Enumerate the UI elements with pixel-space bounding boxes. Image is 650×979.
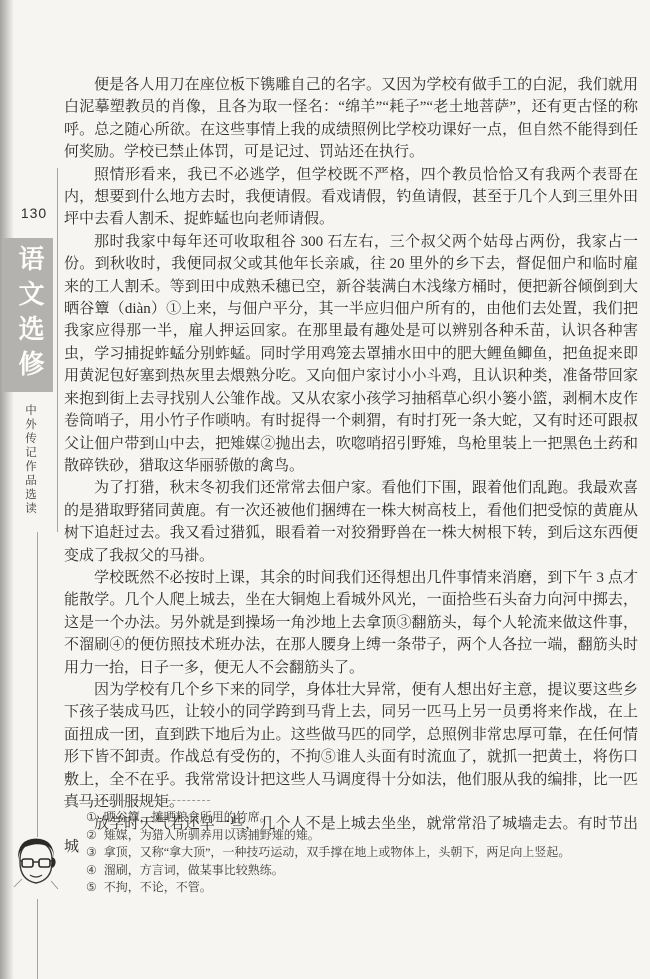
footnote-marker: ⑤ — [86, 880, 97, 896]
footnote-marker: ① — [86, 810, 97, 826]
series-tab-label: 语文选修 — [16, 245, 42, 385]
footnotes-section: ① 晒谷簟，摊晒粮食所用的竹席。 ② 雉媒，为猎人所驯养用以诱捕野雉的雉。 ③ … — [64, 800, 630, 898]
footnote-item: ⑤ 不拘，不论，不管。 — [64, 880, 630, 896]
book-title-vertical: 中外传记作品选读 — [22, 404, 38, 524]
sidebar-rule — [57, 168, 58, 532]
body-paragraph: 那时我家中每年还可收取租谷 300 石左右，三个叔父两个姑母占两份，我家占一份。… — [64, 231, 638, 477]
margin-rule-lower — [37, 899, 38, 979]
footnote-item: ① 晒谷簟，摊晒粮食所用的竹席。 — [64, 810, 630, 826]
footnote-item: ③ 拿顶，又称“拿大顶”，一种技巧运动，双手撑在地上或物体上，头朝下，两足向上竖… — [64, 845, 630, 861]
footnote-marker: ② — [86, 828, 97, 844]
body-paragraph: 因为学校有几个乡下来的同学，身体壮大异常，便有人想出好主意，提议要这些乡下孩子装… — [64, 679, 638, 813]
footnote-text: 不拘，不论，不管。 — [104, 880, 630, 896]
margin-rule-upper — [37, 532, 38, 837]
body-paragraph: 便是各人用刀在座位板下镌雕自己的名字。又因为学校有做手工的白泥，我们就用白泥摹塑… — [64, 74, 638, 164]
footnote-text: 雉媒，为猎人所驯养用以诱捕野雉的雉。 — [104, 828, 630, 844]
body-paragraph: 学校既然不必按时上课，其余的时间我们还得想出几件事情来消磨，到下午 3 点才能散… — [64, 567, 638, 679]
body-text: 便是各人用刀在座位板下镌雕自己的名字。又因为学校有做手工的白泥，我们就用白泥摹塑… — [64, 74, 638, 858]
page-number: 130 — [15, 205, 53, 221]
footnote-text: 溜刷，方言词，做某事比较熟练。 — [104, 863, 630, 879]
sidebar-series-tab: 语文选修 — [3, 238, 53, 392]
footnote-item: ② 雉媒，为猎人所驯养用以诱捕野雉的雉。 — [64, 828, 630, 844]
author-portrait-sketch-icon — [8, 835, 64, 899]
body-paragraph: 照情形看来，我已不必逃学，但学校既不严格，四个教员恰恰又有我两个表哥在内，想要到… — [64, 164, 638, 231]
body-paragraph: 为了打猎，秋末冬初我们还常常去佃户家。看他们下围，跟着他们乱跑。我最欢喜的是猎取… — [64, 477, 638, 567]
textbook-page: 130 语文选修 中外传记作品选读 便是各人用刀在座位板下镌雕自己的名字。又因为… — [0, 0, 650, 979]
footnote-marker: ④ — [86, 863, 97, 879]
footnote-text: 拿顶，又称“拿大顶”，一种技巧运动，双手撑在地上或物体上，头朝下，两足向上竖起。 — [104, 845, 630, 861]
footnote-marker: ③ — [86, 845, 97, 861]
page-binding-shadow — [0, 0, 14, 979]
footnote-item: ④ 溜刷，方言词，做某事比较熟练。 — [64, 863, 630, 879]
footnote-text: 晒谷簟，摊晒粮食所用的竹席。 — [104, 810, 630, 826]
footnote-divider — [64, 800, 210, 801]
